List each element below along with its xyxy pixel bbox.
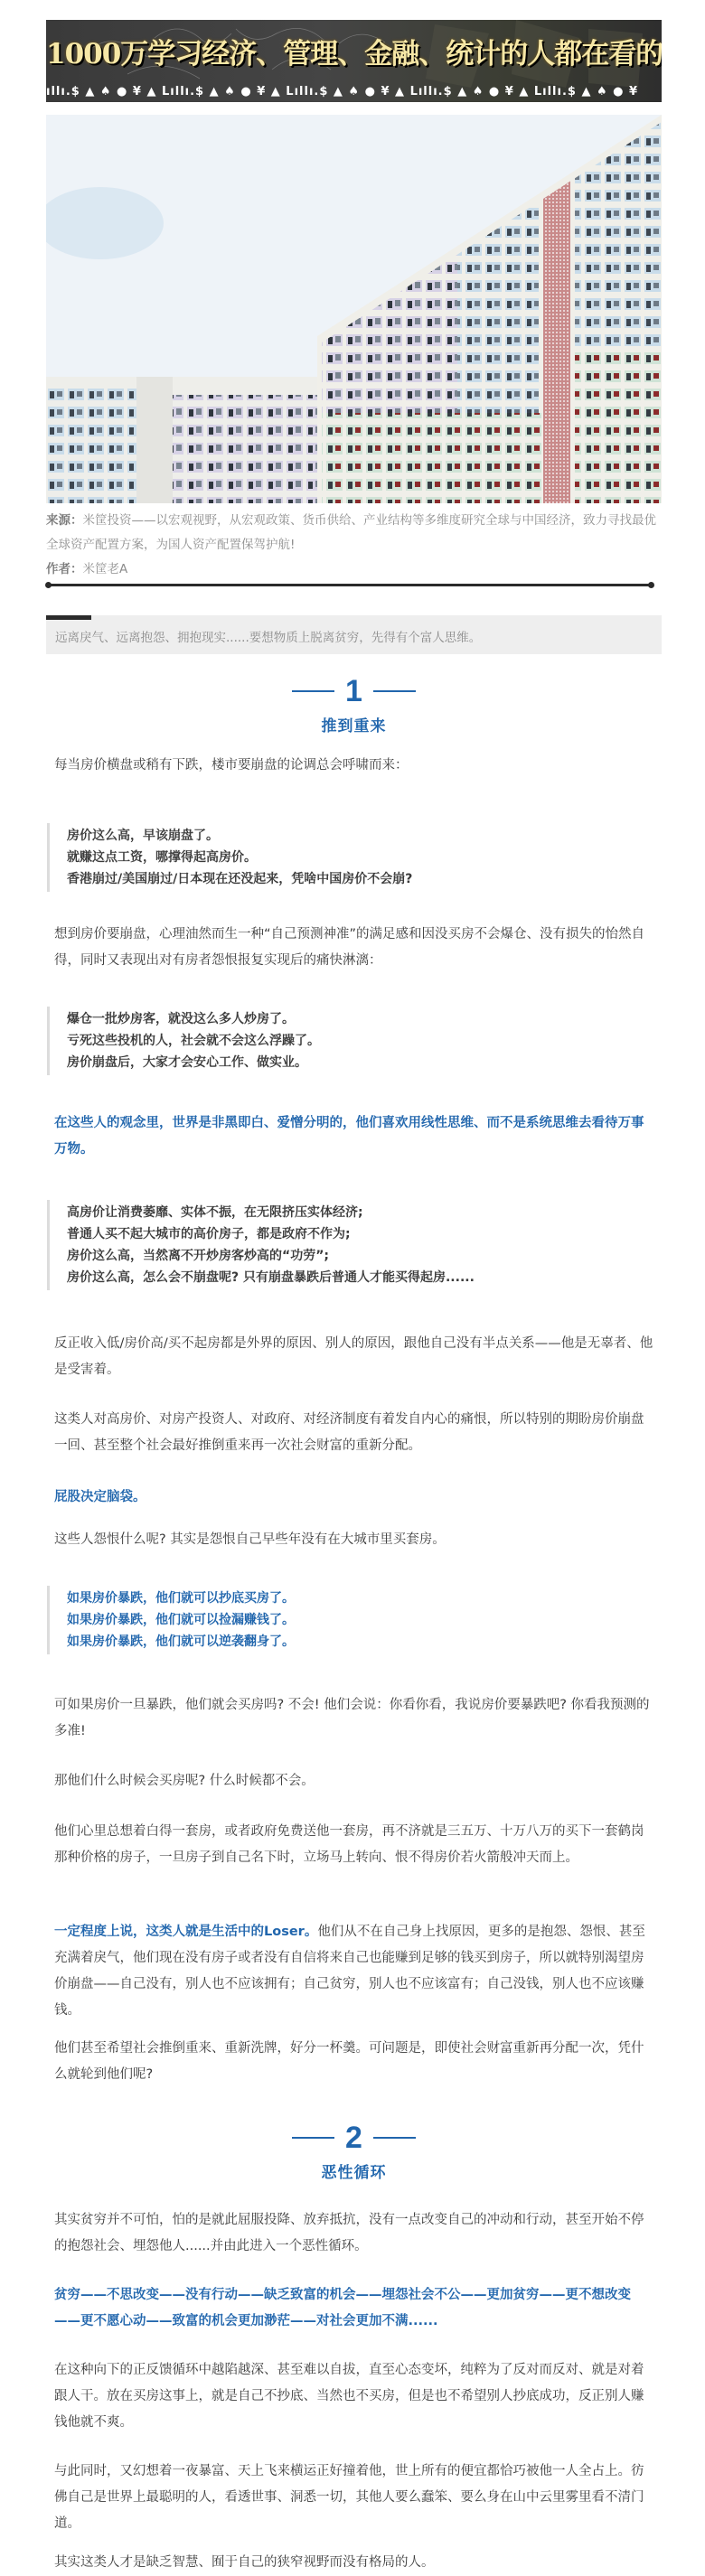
quote-line: 房价这么高，当然离不开炒房客炒高的“功劳”; <box>67 1245 672 1267</box>
meta-divider <box>48 584 652 586</box>
quote-line: 如果房价暴跌，他们就可以抄底买房了。 <box>67 1588 672 1609</box>
quote-line: 就赚这点工资，哪撑得起高房价。 <box>67 847 672 868</box>
highlight-lead: 一定程度上说，这类人就是生活中的Loser。 <box>54 1925 317 1939</box>
quote-line: 普通人买不起大城市的高价房子，都是政府不作为; <box>67 1223 672 1245</box>
skyline-icon: ıllı.$ ▲ ♠ ● ¥ ▲ Lıllı.$ ▲ ♠ ● ¥ ▲ Lıllı… <box>46 82 662 102</box>
header-rule-right <box>373 690 416 692</box>
quote-line: 房价这么高，早该崩盘了。 <box>67 825 672 847</box>
paragraph: 其实这类人才是缺乏智慧、囿于自己的狭窄视野而没有格局的人。 <box>54 2550 654 2576</box>
quote-line: 亏死这些投机的人，社会就不会这么浮躁了。 <box>67 1030 672 1052</box>
lead-summary-box: 远离戾气、远离抱怨、拥抱现实......要想物质上脱离贫穷，先得有个富人思维。 <box>46 615 662 654</box>
quote-line: 房价崩盘后，大家才会安心工作、做实业。 <box>67 1052 672 1073</box>
highlight-paragraph: 屁股决定脑袋。 <box>54 1485 654 1511</box>
housing-blocks-illustration <box>46 115 662 503</box>
quote-line: 爆仓一批炒房客，就没这么多人炒房了。 <box>67 1008 672 1030</box>
paragraph: 那他们什么时候会买房呢? 什么时候都不会。 <box>54 1768 654 1794</box>
lead-accent-bar <box>46 615 91 620</box>
author-label: 作者： <box>46 562 83 576</box>
author-line: 作者：米筐老A <box>46 560 662 578</box>
paragraph: 他们甚至希望社会推倒重来、重新洗牌，好分一杯羹。可问题是，即使社会财富重新再分配… <box>54 2036 654 2088</box>
paragraph: 反正收入低/房价高/买不起房都是外界的原因、别人的原因，跟他自己没有半点关系——… <box>54 1331 654 1383</box>
lead-text: 远离戾气、远离抱怨、拥抱现实......要想物质上脱离贫穷，先得有个富人思维。 <box>55 627 481 645</box>
quote-line: 如果房价暴跌，他们就可以捡漏赚钱了。 <box>67 1609 672 1631</box>
source-line: 来源：米筐投资——以宏观视野，从宏观政策、货币供给、产业结构等多维度研究全球与中… <box>46 509 662 557</box>
section-number: 1 <box>345 673 362 709</box>
quote-line: 如果房价暴跌，他们就可以逆袭翻身了。 <box>67 1631 672 1653</box>
author-name[interactable]: 米筐老A <box>83 562 128 576</box>
blockquote: 爆仓一批炒房客，就没这么多人炒房了。 亏死这些投机的人，社会就不会这么浮躁了。 … <box>47 1007 672 1075</box>
blockquote: 高房价让消费萎靡、实体不振，在无限挤压实体经济; 普通人买不起大城市的高价房子，… <box>47 1200 672 1290</box>
article-meta: 来源：米筐投资——以宏观视野，从宏观政策、货币供给、产业结构等多维度研究全球与中… <box>46 509 662 578</box>
paragraph: 与此同时，又幻想着一夜暴富、天上飞来横运正好撞着他，世上所有的便宜都恰巧被他一人… <box>54 2459 654 2537</box>
paragraph: 他们心里总想着白得一套房，或者政府免费送他一套房，再不济就是三五万、十万八万的买… <box>54 1819 654 1871</box>
paragraph: 每当房价横盘或稍有下跌，楼市要崩盘的论调总会呼啸而来： <box>54 753 654 779</box>
section-1-header: 1 推到重来 <box>46 673 662 735</box>
quote-line: 香港崩过/美国崩过/日本现在还没起来，凭啥中国房价不会崩? <box>67 868 672 890</box>
section-title: 恶性循环 <box>46 2159 662 2182</box>
quote-line: 房价这么高，怎么会不崩盘呢? 只有崩盘暴跌后普通人才能买得起房...... <box>67 1267 672 1288</box>
highlight-paragraph: 在这些人的观念里，世界是非黑即白、爱憎分明的，他们喜欢用线性思维、而不是系统思维… <box>54 1110 654 1163</box>
paragraph: 一定程度上说，这类人就是生活中的Loser。他们从不在自己身上找原因，更多的是抱… <box>54 1919 654 2024</box>
highlight-paragraph: 贫穷——不思改变——没有行动——缺乏致富的机会——埋怨社会不公——更加贫穷——更… <box>54 2282 654 2335</box>
paragraph: 可如果房价一旦暴跌，他们就会买房吗? 不会! 他们会说：你看你看，我说房价要暴跌… <box>54 1692 654 1745</box>
paragraph: 其实贫穷并不可怕，怕的是就此屈服投降、放弃抵抗，没有一点改变自己的冲动和行动，甚… <box>54 2207 654 2260</box>
paragraph: 这类人对高房价、对房产投资人、对政府、对经济制度有着发自内心的痛恨，所以特别的期… <box>54 1407 654 1459</box>
header-rule-left <box>292 690 334 692</box>
paragraph: 想到房价要崩盘，心理油然而生一种“自己预测神准”的满足感和因没买房不会爆仓、没有… <box>54 922 654 974</box>
header-rule-right <box>373 2137 416 2139</box>
section-2-header: 2 恶性循环 <box>46 2120 662 2182</box>
section-number: 2 <box>345 2120 362 2156</box>
source-label: 来源： <box>46 513 83 528</box>
hero-image <box>46 115 662 503</box>
header-rule-left <box>292 2137 334 2139</box>
section-title: 推到重来 <box>46 713 662 735</box>
paragraph: 在这种向下的正反馈循环中越陷越深、甚至难以自拔，直至心态变坏，纯粹为了反对而反对… <box>54 2357 654 2436</box>
blockquote: 房价这么高，早该崩盘了。 就赚这点工资，哪撑得起高房价。 香港崩过/美国崩过/日… <box>47 823 672 892</box>
community-banner[interactable]: 1000万学习经济、管理、金融、统计的人都在看的经管之家社区! ıllı.$ ▲… <box>46 20 662 102</box>
banner-title: 1000万学习经济、管理、金融、统计的人都在看的经管之家社区! <box>46 31 662 71</box>
source-text: 米筐投资——以宏观视野，从宏观政策、货币供给、产业结构等多维度研究全球与中国经济… <box>46 513 656 552</box>
quote-line: 高房价让消费萎靡、实体不振，在无限挤压实体经济; <box>67 1202 672 1223</box>
highlight-blockquote: 如果房价暴跌，他们就可以抄底买房了。 如果房价暴跌，他们就可以捡漏赚钱了。 如果… <box>47 1586 672 1654</box>
paragraph: 这些人怨恨什么呢? 其实是怨恨自己早些年没有在大城市里买套房。 <box>54 1527 654 1553</box>
